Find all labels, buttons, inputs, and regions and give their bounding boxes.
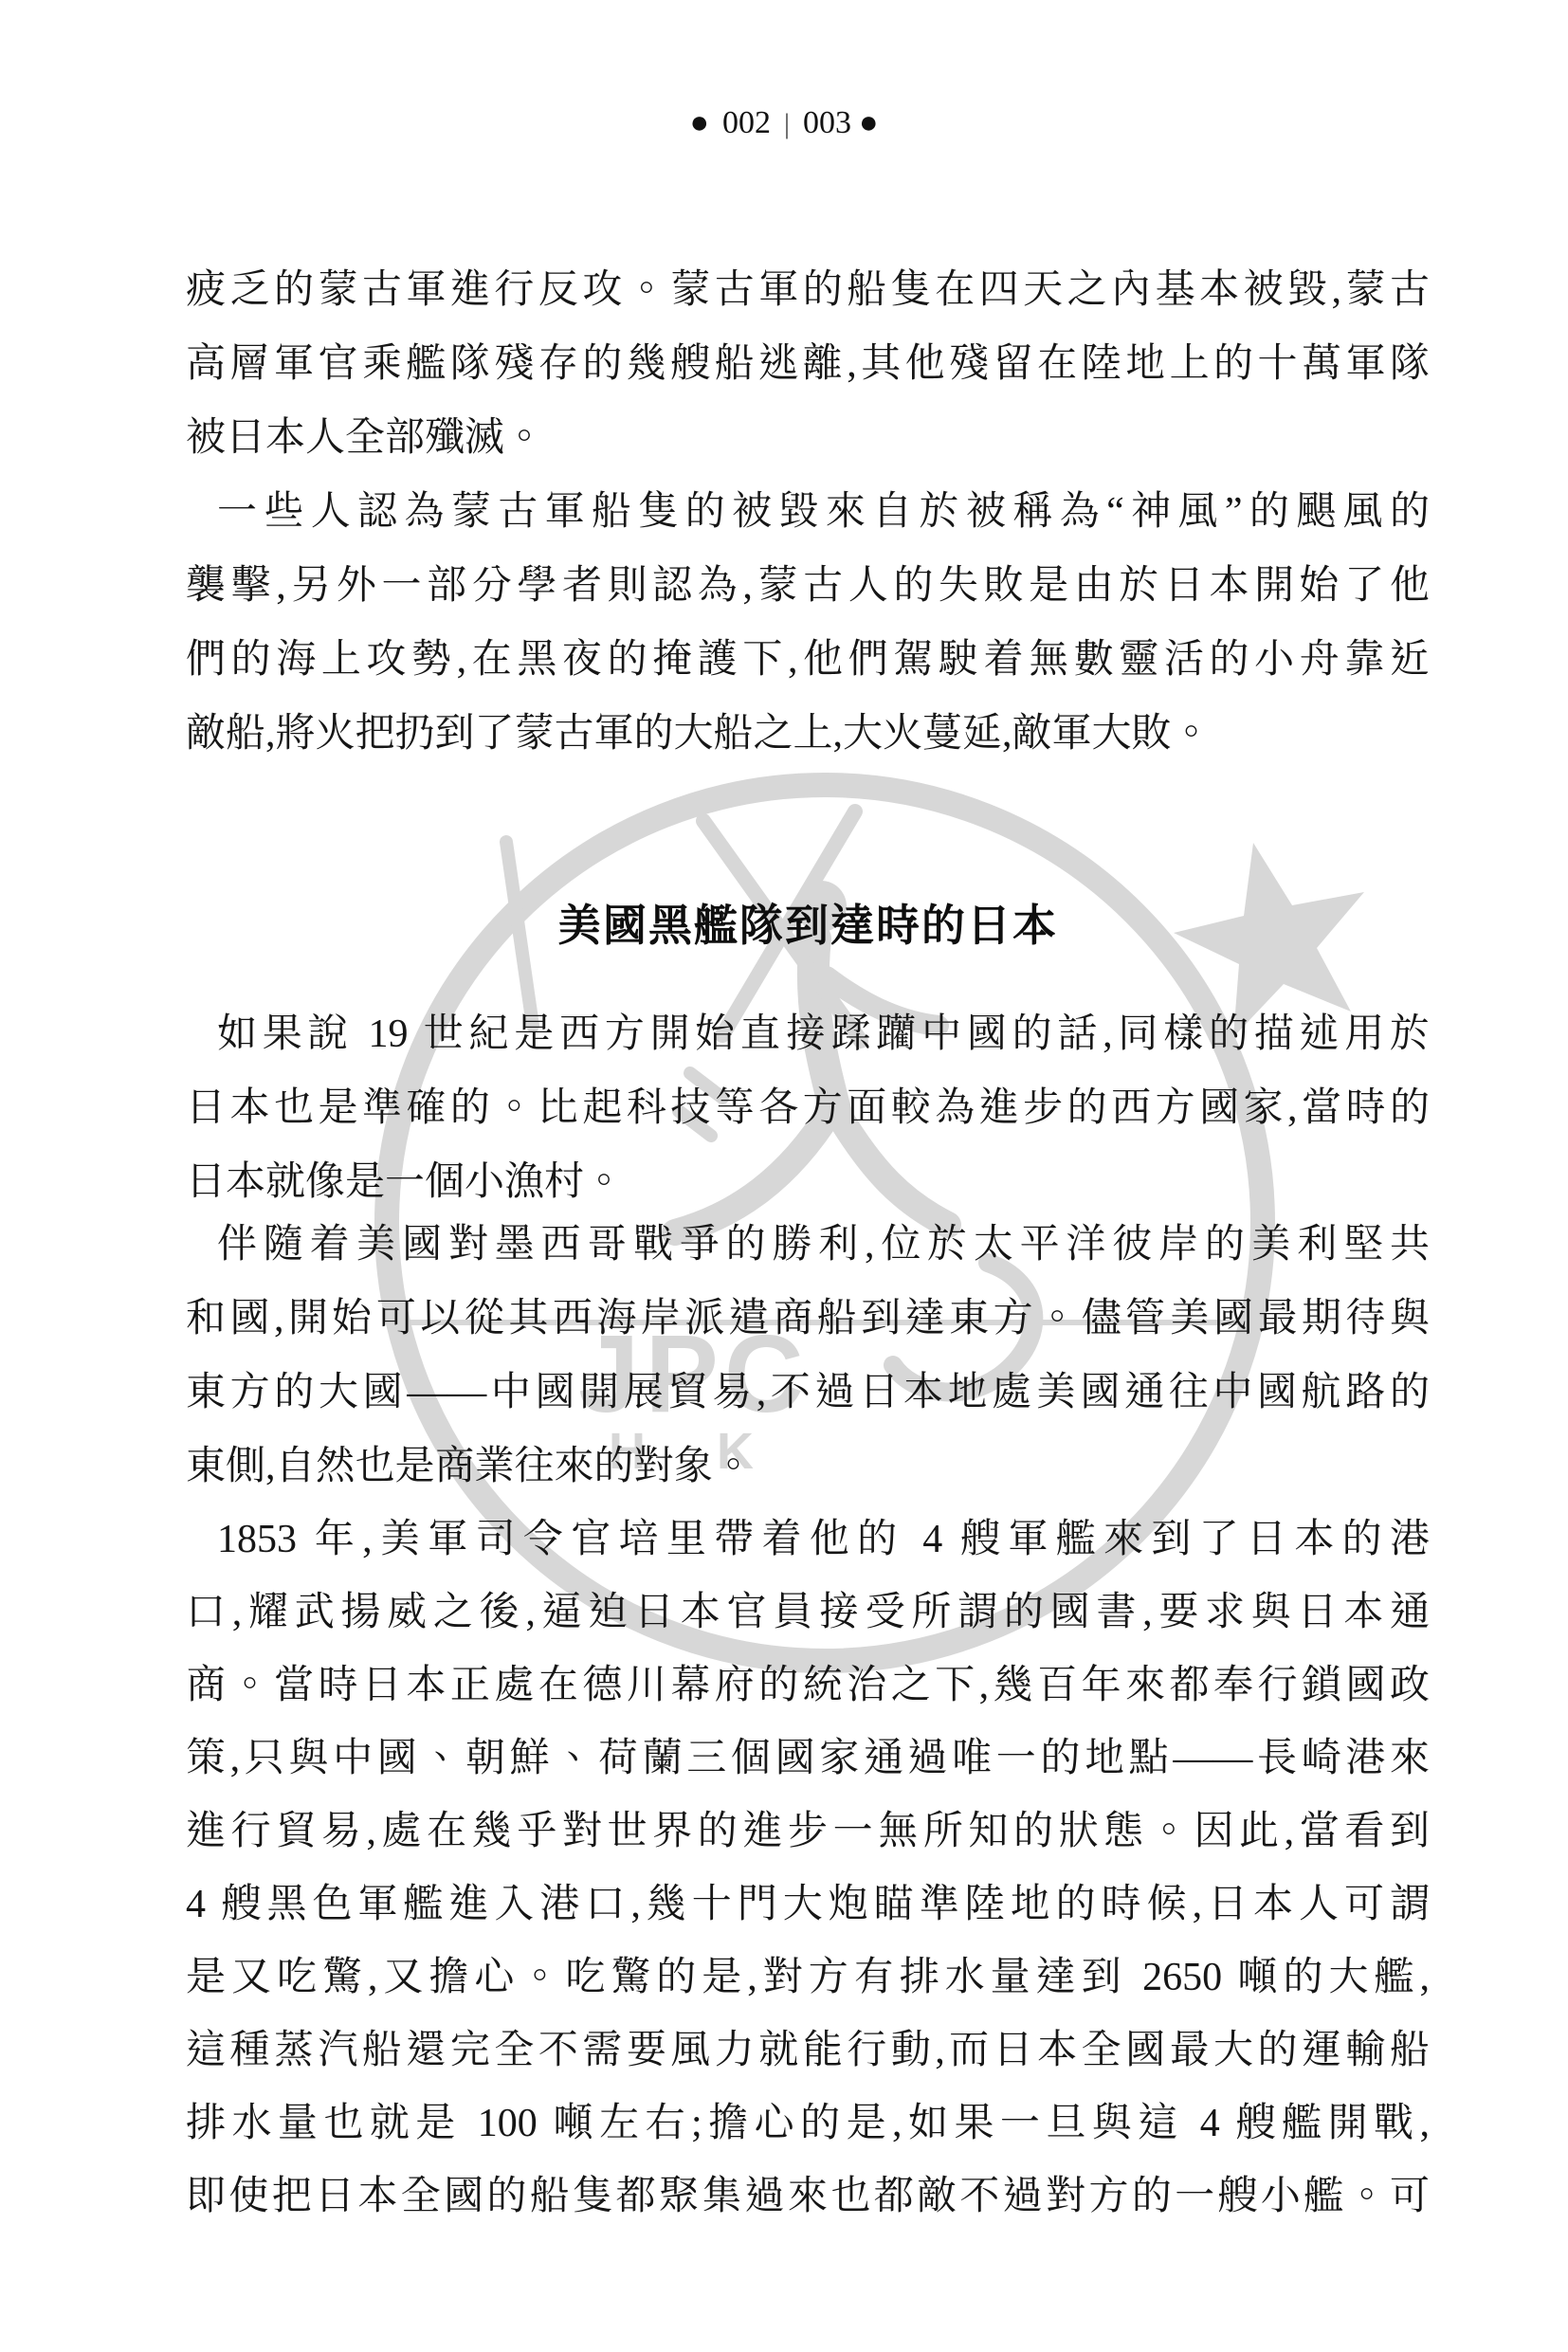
- text-line: 策,只與中國、朝鮮、荷蘭三個國家通過唯一的地點——長崎港來: [186, 1723, 1430, 1796]
- paragraph-kamikaze-theory: 一些人認為蒙古軍船隻的被毀來自於被稱為“神風”的颶風的 襲擊,另外一部分學者則認…: [186, 475, 1430, 771]
- text-line: 疲乏的蒙古軍進行反攻。蒙古軍的船隻在四天之內基本被毀,蒙古: [186, 253, 1430, 327]
- text-line: 即使把日本全國的船隻都聚集過來也都敵不過對方的一艘小艦。可: [186, 2161, 1430, 2233]
- paragraph-japan-19th-century: 如果說 19 世紀是西方開始直接蹂躪中國的話,同樣的描述用於 日本也是準確的。比…: [186, 997, 1430, 1219]
- text-line: 商。當時日本正處在德川幕府的統治之下,幾百年來都奉行鎖國政: [186, 1650, 1430, 1723]
- text-line: 是又吃驚,又擔心。吃驚的是,對方有排水量達到 2650 噸的大艦,: [186, 1942, 1430, 2015]
- text-line: 這種蒸汽船還完全不需要風力就能行動,而日本全國最大的運輸船: [186, 2015, 1430, 2088]
- text-line: 高層軍官乘艦隊殘存的幾艘船逃離,其他殘留在陸地上的十萬軍隊: [186, 327, 1430, 401]
- header-divider: |: [784, 108, 790, 139]
- text-line: 們的海上攻勢,在黑夜的掩護下,他們駕駛着無數靈活的小舟靠近: [186, 623, 1430, 697]
- text-line: 襲擊,另外一部分學者則認為,蒙古人的失敗是由於日本開始了他: [186, 549, 1430, 623]
- header-bullet-left: ●: [689, 105, 709, 140]
- paragraph-us-expansion: 伴隨着美國對墨西哥戰爭的勝利,位於太平洋彼岸的美利堅共 和國,開始可以從其西海岸…: [186, 1208, 1430, 1504]
- text-line: 日本也是準確的。比起科技等各方面較為進步的西方國家,當時的: [186, 1071, 1430, 1145]
- text-line: 口,耀武揚威之後,逼迫日本官員接受所謂的國書,要求與日本通: [186, 1577, 1430, 1650]
- text-line: 被日本人全部殲滅。: [186, 401, 1430, 475]
- page-header: ●002|003●: [0, 102, 1568, 145]
- text-line: 一些人認為蒙古軍船隻的被毀來自於被稱為“神風”的颶風的: [186, 475, 1430, 549]
- text-line: 和國,開始可以從其西海岸派遣商船到達東方。儘管美國最期待與: [186, 1282, 1430, 1356]
- header-bullet-right: ●: [859, 105, 879, 140]
- text-line: 伴隨着美國對墨西哥戰爭的勝利,位於太平洋彼岸的美利堅共: [186, 1208, 1430, 1282]
- text-line: 敵船,將火把扔到了蒙古軍的大船之上,大火蔓延,敵軍大敗。: [186, 697, 1430, 771]
- text-line: 東側,自然也是商業往來的對象。: [186, 1430, 1430, 1504]
- page-number-left: 002: [722, 105, 771, 140]
- text-line: 排水量也就是 100 噸左右;擔心的是,如果一旦與這 4 艘艦開戰,: [186, 2088, 1430, 2161]
- paragraph-mongol-defeat: 疲乏的蒙古軍進行反攻。蒙古軍的船隻在四天之內基本被毀,蒙古 高層軍官乘艦隊殘存的…: [186, 253, 1430, 475]
- page-number-right: 003: [803, 105, 851, 140]
- text-line: 如果說 19 世紀是西方開始直接蹂躪中國的話,同樣的描述用於: [186, 997, 1430, 1071]
- section-heading: 美國黑艦隊到達時的日本: [186, 885, 1430, 967]
- text-line: 4 艘黑色軍艦進入港口,幾十門大炮瞄準陸地的時候,日本人可謂: [186, 1869, 1430, 1942]
- text-line: 進行貿易,處在幾乎對世界的進步一無所知的狀態。因此,當看到: [186, 1796, 1430, 1869]
- text-line: 1853 年,美軍司令官培里帶着他的 4 艘軍艦來到了日本的港: [186, 1504, 1430, 1577]
- paragraph-perry-arrival: 1853 年,美軍司令官培里帶着他的 4 艘軍艦來到了日本的港 口,耀武揚威之後…: [186, 1504, 1430, 2233]
- text-line: 東方的大國——中國開展貿易,不過日本地處美國通往中國航路的: [186, 1356, 1430, 1430]
